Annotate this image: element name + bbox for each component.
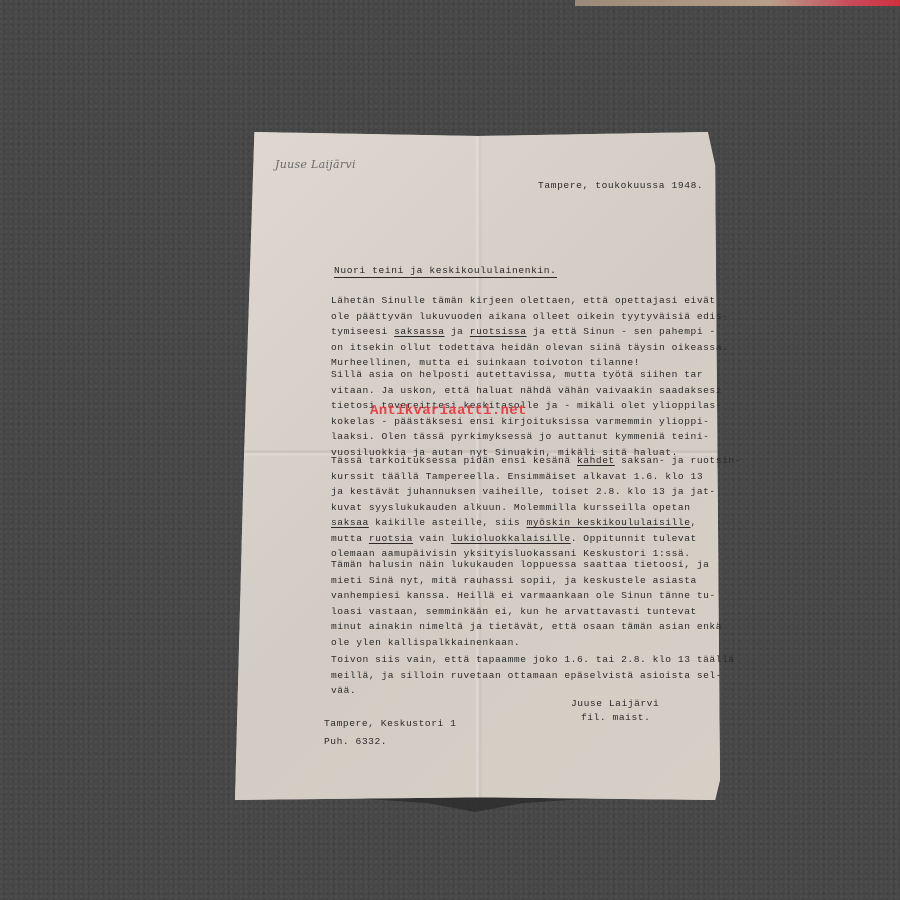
paragraph-3: Tässä tarkoituksessa pidän ensi kesänä k… <box>331 453 701 562</box>
text-line: mieti Sinä nyt, mitä rauhassi sopii, ja … <box>331 573 701 589</box>
text-line: Tämän halusin näin lukukauden loppuessa … <box>331 557 701 573</box>
text-segment: vanhempiesi kanssa. Heillä ei varmaankaa… <box>331 590 716 601</box>
text-segment: tymiseesi <box>331 326 394 337</box>
text-segment: saksan- ja ruotsin- <box>615 455 741 466</box>
underlined-text: saksassa <box>394 326 444 337</box>
text-segment: vitaan. Ja uskon, että haluat nähdä vähä… <box>331 385 722 396</box>
underlined-text: ruotsia <box>369 533 413 544</box>
text-segment: kaikille asteille, siis <box>369 517 527 528</box>
text-segment: loasi vastaan, semminkään ei, kun he arv… <box>331 606 697 617</box>
paragraph-1: Lähetän Sinulle tämän kirjeen olettaen, … <box>331 293 701 371</box>
handwritten-letterhead: Juuse Laijärvi <box>275 158 356 171</box>
text-segment: vain <box>413 533 451 544</box>
text-segment: . Oppitunnit tulevat <box>571 533 697 544</box>
text-line: kuvat syyslukukauden alkuun. Molemmilla … <box>331 500 701 516</box>
text-segment: Tässä tarkoituksessa pidän ensi kesänä <box>331 455 577 466</box>
text-line: laaksi. Olen tässä pyrkimyksessä jo autt… <box>331 429 701 445</box>
text-line: loasi vastaan, semminkään ei, kun he arv… <box>331 604 701 620</box>
text-segment: ja <box>445 326 470 337</box>
text-line: vanhempiesi kanssa. Heillä ei varmaankaa… <box>331 588 701 604</box>
text-segment: ole päättyvän lukuvuoden aikana olleet o… <box>331 311 728 322</box>
text-line: ja kestävät juhannuksen vaiheille, toise… <box>331 484 701 500</box>
text-line: minut ainakin nimeltä ja tietävät, että … <box>331 619 701 635</box>
text-segment: vää. <box>331 685 356 696</box>
signature-block: Juuse Laijärvi fil. maist. <box>571 697 659 725</box>
text-line: saksaa kaikille asteille, siis myöskin k… <box>331 515 701 531</box>
background-object <box>575 0 900 6</box>
text-segment: ja kestävät juhannuksen vaiheille, toise… <box>331 486 716 497</box>
text-segment: , <box>691 517 697 528</box>
text-line: meillä, ja silloin ruvetaan ottamaan epä… <box>331 668 701 684</box>
text-line: Sillä asia on helposti autettavissa, mut… <box>331 367 701 383</box>
underlined-text: kahdet <box>577 455 615 466</box>
salutation-text: Nuori teini ja keskikoululainenkin. <box>334 265 557 278</box>
paragraph-5: Toivon siis vain, että tapaamme joko 1.6… <box>331 652 701 699</box>
text-segment: meillä, ja silloin ruvetaan ottamaan epä… <box>331 670 722 681</box>
paragraph-4: Tämän halusin näin lukukauden loppuessa … <box>331 557 701 650</box>
text-segment: Toivon siis vain, että tapaamme joko 1.6… <box>331 654 735 665</box>
text-segment: kuvat syyslukukauden alkuun. Molemmilla … <box>331 502 691 513</box>
text-segment: on itsekin ollut todettava heidän olevan… <box>331 342 728 353</box>
text-line: ole ylen kallispalkkainenkaan. <box>331 635 701 651</box>
text-segment: Tämän halusin näin lukukauden loppuessa … <box>331 559 709 570</box>
text-segment: ole ylen kallispalkkainenkaan. <box>331 637 520 648</box>
text-line: mutta ruotsia vain lukioluokkalaisille. … <box>331 531 701 547</box>
salutation: Nuori teini ja keskikoululainenkin. <box>334 263 557 278</box>
address-phone: Puh. 6332. <box>324 733 456 751</box>
underlined-text: myöskin keskikoululaisille <box>527 517 691 528</box>
text-segment: kurssit täällä Tampereella. Ensimmäiset … <box>331 471 703 482</box>
text-line: on itsekin ollut todettava heidän olevan… <box>331 340 701 356</box>
text-line: ole päättyvän lukuvuoden aikana olleet o… <box>331 309 701 325</box>
text-segment: mieti Sinä nyt, mitä rauhassi sopii, ja … <box>331 575 697 586</box>
text-segment: minut ainakin nimeltä ja tietävät, että … <box>331 621 722 632</box>
underlined-text: ruotsissa <box>470 326 527 337</box>
text-segment: Sillä asia on helposti autettavissa, mut… <box>331 369 703 380</box>
underlined-text: saksaa <box>331 517 369 528</box>
text-line: kurssit täällä Tampereella. Ensimmäiset … <box>331 469 701 485</box>
text-segment: ja että Sinun - sen pahempi - <box>527 326 716 337</box>
text-segment: Lähetän Sinulle tämän kirjeen olettaen, … <box>331 295 716 306</box>
signature-name: Juuse Laijärvi <box>571 697 659 711</box>
signature-title: fil. maist. <box>571 711 659 725</box>
text-line: Lähetän Sinulle tämän kirjeen olettaen, … <box>331 293 701 309</box>
underlined-text: lukioluokkalaisille <box>451 533 571 544</box>
watermark: Antikvariaatti.net <box>370 403 527 419</box>
address-block: Tampere, Keskustori 1 Puh. 6332. <box>324 715 456 751</box>
date-line: Tampere, toukokuussa 1948. <box>538 178 703 193</box>
text-line: vitaan. Ja uskon, että haluat nähdä vähä… <box>331 383 701 399</box>
text-line: tymiseesi saksassa ja ruotsissa ja että … <box>331 324 701 340</box>
text-line: Toivon siis vain, että tapaamme joko 1.6… <box>331 652 701 668</box>
text-line: Tässä tarkoituksessa pidän ensi kesänä k… <box>331 453 701 469</box>
text-segment: mutta <box>331 533 369 544</box>
text-segment: laaksi. Olen tässä pyrkimyksessä jo autt… <box>331 431 709 442</box>
address-street: Tampere, Keskustori 1 <box>324 715 456 733</box>
